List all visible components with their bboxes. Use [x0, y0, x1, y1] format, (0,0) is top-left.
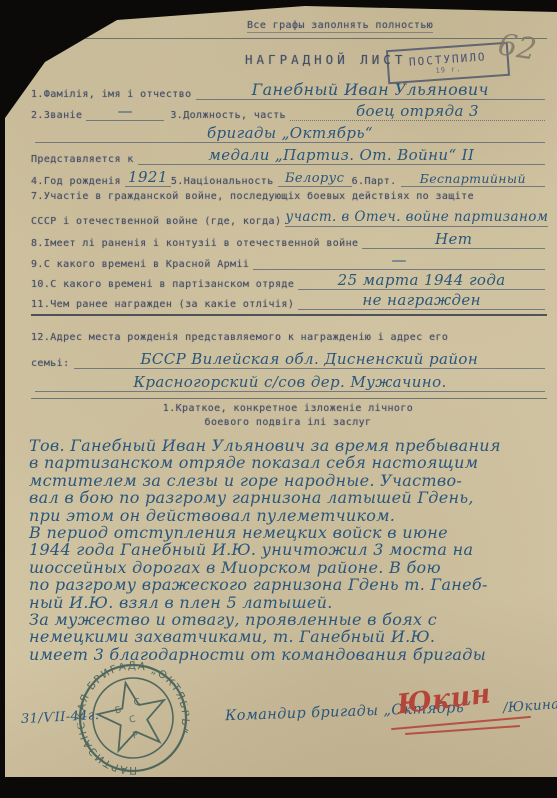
field-name-row: 1.Фамілія, імя і отчество Ганебный Иван …: [31, 82, 545, 100]
citation-line: по разгрому вражеского гарнизона Гдень т…: [29, 576, 549, 593]
field-prior-awards-value: не награжден: [298, 293, 545, 310]
citation-line: мстителем за слезы и горе народные. Учас…: [29, 472, 549, 489]
field-birth-nationality-row: 4.Год рожденія 1921 5.Національность Бел…: [31, 170, 545, 187]
field-redarmy-value: —: [253, 253, 545, 270]
field-position-value2: бригады „Октябрь“: [35, 126, 545, 143]
citation-line: За мужество и отвагу, проявленные в боях…: [29, 611, 549, 628]
citation-divider: [31, 398, 547, 399]
field-position-label: 3.Должность, часть: [170, 110, 286, 121]
field-address-row1: 12.Адрес места рожденія представляемого …: [31, 332, 545, 343]
citation-line: при этом он действовал пулеметчиком.: [29, 507, 549, 524]
fill-all-fields-note: Все графы заполнять полностью: [247, 20, 433, 33]
field-name-label: 1.Фамілія, імя і отчество: [31, 89, 192, 100]
document-photo: Все графы заполнять полностью НАГРАДНОЙ …: [0, 0, 557, 798]
field-address-value2: Красногорский с/сов дер. Мужачино.: [35, 375, 545, 392]
received-stamp: ПОСТУПИЛО 19 г.: [386, 42, 510, 84]
field-party-label: 6.Парт.: [352, 176, 397, 187]
field-address-row2: семьі: БССР Вилейская обл. Дисненский ра…: [31, 352, 545, 369]
field-presented-label: Представляется к: [31, 154, 134, 165]
citation-line: шоссейных дорогах в Миорском районе. В б…: [29, 559, 549, 576]
brigade-seal-stamp: ПАРТИЗАНСКАЯ БРИГАДА „ОКТЯБРЬ“ · Б С С Р: [67, 652, 200, 777]
field-address-value1: БССР Вилейская обл. Дисненский район: [74, 352, 545, 369]
field-redarmy-label: 9.С какого времені в Красной Арміі: [31, 259, 249, 270]
field-partisan-since-row: 10.С какого времені в партізанском отряд…: [31, 273, 545, 290]
seal-letter: С: [133, 697, 141, 708]
seal-letter: С: [128, 715, 136, 726]
field-presented-value: медали „Партиз. От. Войни“ ІІ: [138, 148, 545, 165]
field-position-value: боец отряда 3: [290, 104, 545, 121]
citation-line: в партизанском отряде показал себя насто…: [29, 454, 549, 471]
field-name-value: Ганебный Иван Ульянович: [196, 82, 545, 100]
citation-line: вал в бою по разгрому гарнизона латышей …: [29, 489, 549, 506]
field-rank-label: 2.Званіе: [31, 110, 82, 121]
field-party-value: Беспартийный: [401, 173, 545, 188]
section-divider: [31, 314, 547, 316]
citation-heading-row1: 1.Краткое, конкретное ізложеніе лічного: [31, 403, 545, 414]
field-participation-label1: 7.Участіе в гражданской войне, последующ…: [31, 191, 474, 202]
field-wounds-row: 8.Імеет лі раненія і контузіі в отечеств…: [31, 232, 545, 249]
field-partisan-since-label: 10.С какого времені в партізанском отряд…: [31, 279, 294, 290]
field-prior-awards-label: 11.Чем ранее награжден (за какіе отлічія…: [31, 299, 294, 310]
field-nationality-label: 5.Національность: [171, 176, 274, 187]
citation-line: немецкими захватчиками, т. Ганебный И.Ю.: [29, 628, 549, 645]
field-prior-awards-row: 11.Чем ранее награжден (за какіе отлічія…: [31, 293, 545, 310]
citation-heading-row2: боевого подвіга ілі заслуг: [31, 417, 545, 428]
citation-line: имеет 3 благодарности от командования бр…: [29, 646, 549, 663]
commander-name-paren: /Юкина/: [503, 696, 557, 716]
field-position-row2: бригады „Октябрь“: [31, 126, 545, 143]
commander-signature-autograph: Юкин: [395, 678, 492, 720]
field-address-label1: 12.Адрес места рожденія представляемого …: [31, 332, 448, 343]
field-participation-row2: СССР і отечественной войне (где, когда) …: [31, 211, 545, 227]
field-rank-value: —: [86, 104, 164, 121]
field-presented-row: Представляется к медали „Партиз. От. Вой…: [31, 148, 545, 165]
citation-heading1: 1.Краткое, конкретное ізложеніе лічного: [163, 403, 413, 414]
page-title: НАГРАДНОЙ ЛИСТ: [245, 52, 406, 67]
seal-letter: Б: [114, 705, 122, 716]
field-address-row3: Красногорский с/сов дер. Мужачино.: [31, 375, 545, 392]
field-participation-row1: 7.Участіе в гражданской войне, последующ…: [31, 191, 545, 202]
registry-number: 62: [495, 27, 538, 68]
field-birthyear-value: 1921: [125, 170, 171, 187]
top-rule: [39, 38, 547, 39]
citation-line: 1944 года Ганебный И.Ю. уничтожил 3 мост…: [29, 541, 549, 558]
field-participation-value: участ. в Отеч. войне партизаном: [285, 211, 548, 227]
field-nationality-value: Белорус: [278, 172, 352, 187]
field-rank-position-row: 2.Званіе — 3.Должность, часть боец отряд…: [31, 104, 545, 121]
citation-text: Тов. Ганебный Иван Ульянович за время пр…: [29, 437, 549, 663]
field-wounds-value: Нет: [362, 232, 545, 249]
award-sheet-paper: Все графы заполнять полностью НАГРАДНОЙ …: [5, 0, 557, 777]
field-wounds-label: 8.Імеет лі раненія і контузіі в отечеств…: [31, 238, 358, 249]
received-stamp-year: 19 г.: [435, 65, 462, 75]
citation-line: Тов. Ганебный Иван Ульянович за время пр…: [29, 437, 549, 454]
citation-heading2: боевого подвіга ілі заслуг: [205, 417, 372, 428]
field-redarmy-row: 9.С какого времені в Красной Арміі —: [31, 253, 545, 270]
field-birthyear-label: 4.Год рожденія: [31, 176, 121, 187]
field-partisan-since-value: 25 марта 1944 года: [298, 273, 545, 290]
citation-line: ный И.Ю. взял в плен 5 латышей.: [29, 594, 549, 611]
citation-line: В период отступления немецких войск в ию…: [29, 524, 549, 541]
field-participation-label2: СССР і отечественной войне (где, когда): [31, 216, 281, 227]
field-address-label2: семьі:: [31, 358, 70, 369]
